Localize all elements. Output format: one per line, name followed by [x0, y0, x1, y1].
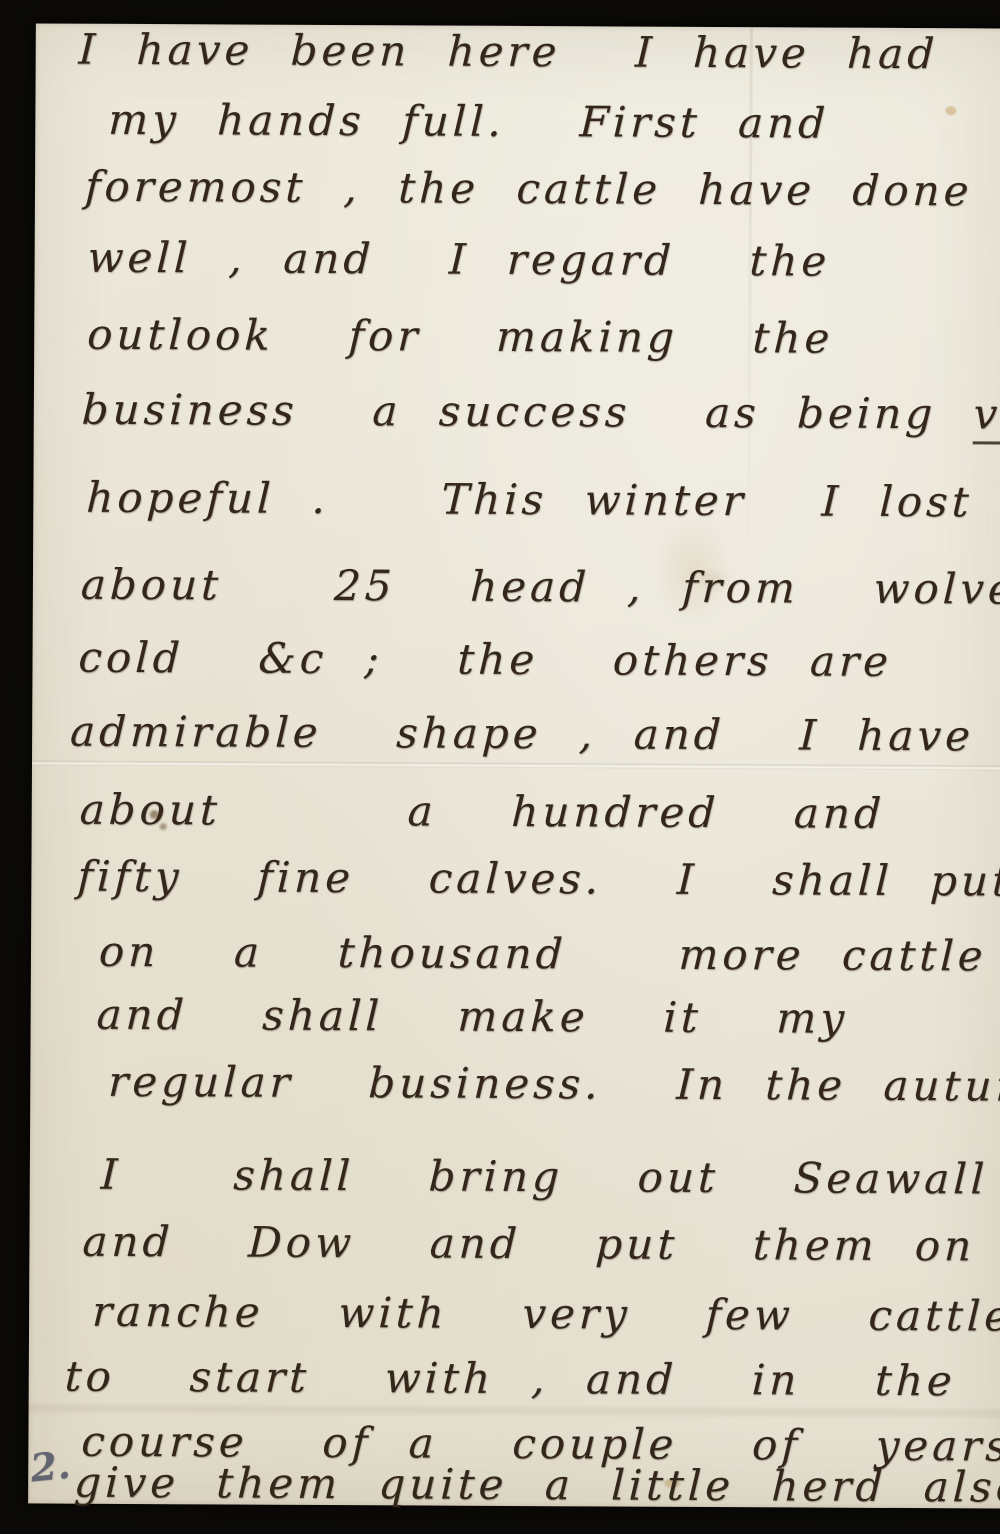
- handwritten-line: about a hundred and: [79, 786, 886, 838]
- handwritten-line: about 25 head , from wolves,: [80, 561, 1000, 614]
- handwritten-line: ranche with very few cattle: [91, 1288, 1000, 1341]
- text-segment: about 25 head , from wolves,: [80, 560, 1000, 614]
- text-segment: fifty fine calves. I shall put: [76, 852, 1000, 906]
- text-segment: to start with , and in the: [64, 1352, 957, 1406]
- handwritten-line: well , and I regard the: [87, 234, 832, 286]
- text-segment: about a hundred and: [79, 785, 886, 838]
- text-segment: ranche with very few cattle: [91, 1287, 1000, 1341]
- handwritten-line: and shall make it my: [96, 991, 849, 1043]
- handwritten-line: give them quite a little herd also,: [73, 1459, 1000, 1512]
- handwritten-line: business a success as being very: [81, 386, 1000, 439]
- text-segment: I shall bring out Seawall: [100, 1150, 989, 1204]
- text-segment: on a thousand more cattle: [98, 927, 988, 981]
- handwritten-line: I have been here I have had: [78, 26, 939, 78]
- text-segment: outlook for making the: [86, 310, 834, 363]
- handwritten-line: outlook for making the: [86, 311, 834, 363]
- handwritten-line: to start with , and in the: [64, 1353, 957, 1406]
- page-number: 2.: [28, 1442, 72, 1491]
- text-segment: cold &c ; the others are in: [78, 633, 1000, 687]
- handwritten-line: cold &c ; the others are in: [78, 634, 1000, 687]
- text-segment: business a success as being: [81, 385, 975, 439]
- handwritten-line: I shall bring out Seawall: [100, 1151, 989, 1204]
- underlined-word: very: [972, 389, 1000, 445]
- letter-page: I have been here I have hadmy hands full…: [28, 23, 1000, 1508]
- handwritten-line: foremost , the cattle have done: [84, 163, 973, 216]
- scan-background: I have been here I have hadmy hands full…: [0, 0, 1000, 1534]
- handwritten-line: on a thousand more cattle: [98, 928, 988, 981]
- handwritten-line: hopeful . This winter I lost: [85, 474, 973, 527]
- text-segment: and Dow and put them on a: [82, 1217, 1000, 1271]
- handwritten-line: regular business. In the autumn: [107, 1058, 1000, 1111]
- text-segment: hopeful . This winter I lost: [85, 473, 973, 527]
- handwritten-line: fifty fine calves. I shall put: [76, 853, 1000, 906]
- text-segment: and shall make it my: [96, 990, 849, 1043]
- text-segment: I have been here I have had: [78, 25, 939, 78]
- text-segment: give them quite a little herd also,: [73, 1458, 1000, 1512]
- handwritten-line: admirable shape , and I have: [69, 708, 975, 761]
- text-segment: well , and I regard the: [87, 233, 832, 286]
- letter-text: I have been here I have hadmy hands full…: [28, 23, 1000, 1508]
- handwritten-line: and Dow and put them on a: [82, 1218, 1000, 1271]
- text-segment: regular business. In the autumn: [107, 1057, 1000, 1111]
- text-segment: admirable shape , and I have: [69, 707, 975, 761]
- text-segment: foremost , the cattle have done: [84, 162, 974, 216]
- handwritten-line: my hands full. First and: [107, 96, 830, 148]
- text-segment: my hands full. First and: [107, 95, 830, 148]
